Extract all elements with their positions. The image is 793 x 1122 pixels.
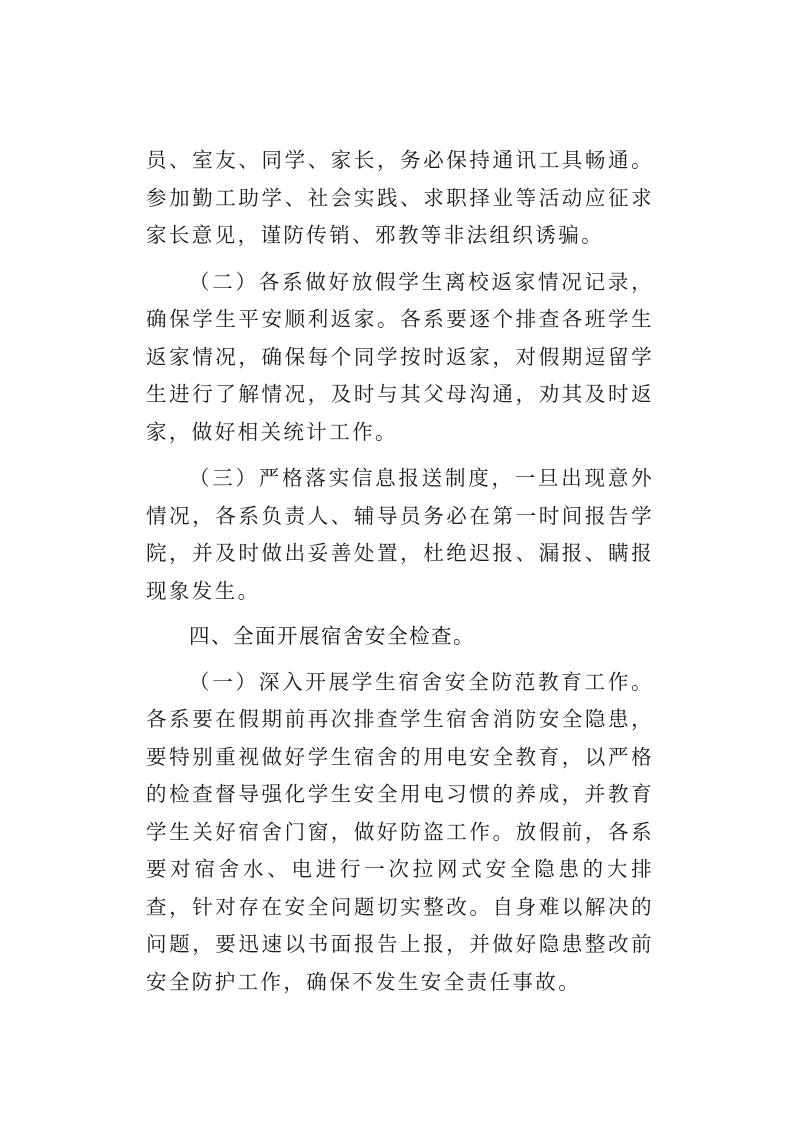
paragraph-continuation: 员、室友、同学、家长，务必保持通讯工具畅通。参加勤工助学、社会实践、求职择业等活… (146, 142, 654, 255)
paragraph-section-3: （三）严格落实信息报送制度，一旦出现意外情况，各系负责人、辅导员务必在第一时间报… (146, 460, 654, 610)
document-page: 员、室友、同学、家长，务必保持通讯工具畅通。参加勤工助学、社会实践、求职择业等活… (0, 0, 793, 1122)
document-body: 员、室友、同学、家长，务必保持通讯工具畅通。参加勤工助学、社会实践、求职择业等活… (146, 142, 654, 1001)
paragraph-section-4-1: （一）深入开展学生宿舍安全防范教育工作。各系要在假期前再次排查学生宿舍消防安全隐… (146, 664, 654, 1002)
section-heading-four: 四、全面开展宿舍安全检查。 (146, 618, 654, 656)
paragraph-section-2: （二）各系做好放假学生离校返家情况记录，确保学生平安顺利返家。各系要逐个排查各班… (146, 264, 654, 452)
